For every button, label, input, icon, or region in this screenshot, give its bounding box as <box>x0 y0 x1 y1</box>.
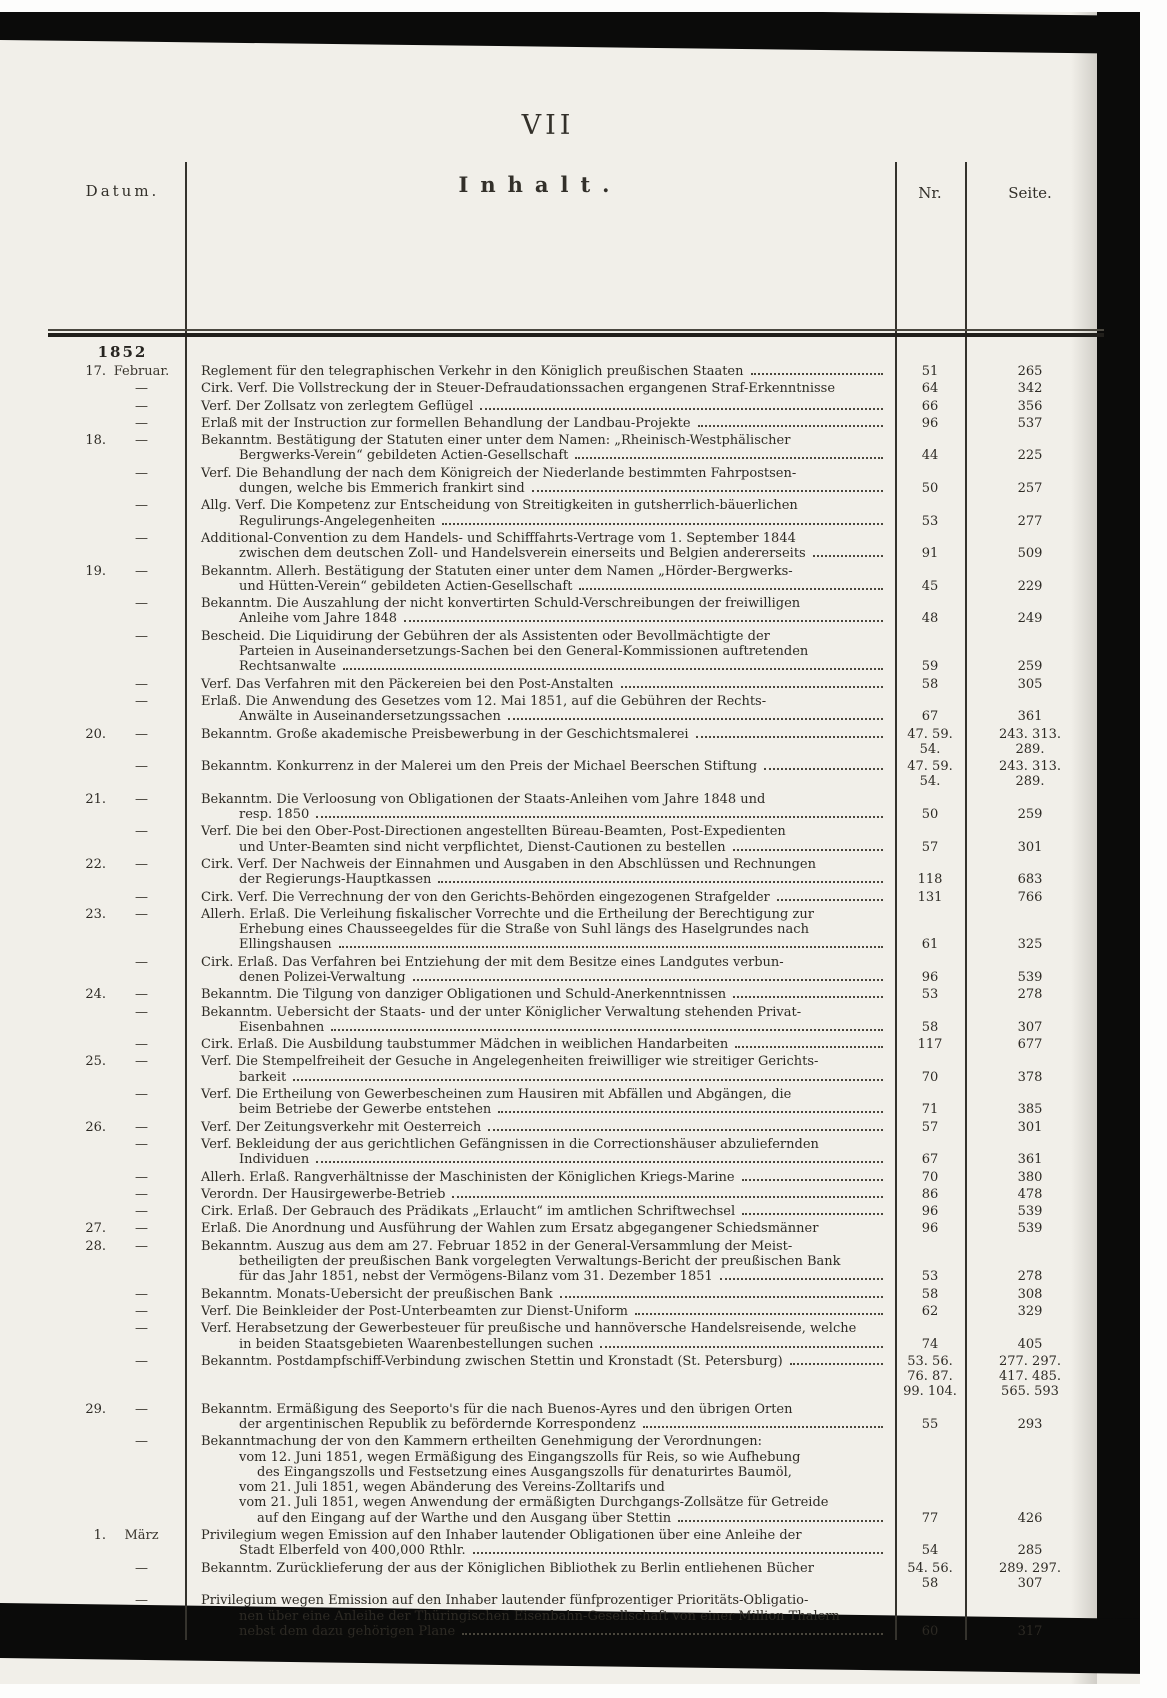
toc-entry-line: Privilegium wegen Emission auf den Inhab… <box>201 1593 885 1608</box>
toc-row: —Bekanntm. Monats-Uebersicht der preußis… <box>60 1287 1095 1302</box>
toc-seite-cell: 277. 297.417. 485.565. 593 <box>965 1354 1095 1400</box>
toc-row: —Additional-Convention zu dem Handels- u… <box>60 531 1095 562</box>
dotted-leader <box>413 979 883 981</box>
toc-entry-line: Individuen <box>201 1152 885 1167</box>
dotted-leader <box>488 1129 883 1131</box>
dotted-leader <box>621 686 883 688</box>
toc-nr-value: 86 <box>922 1187 939 1202</box>
toc-nr-cell: 57 <box>895 1120 965 1135</box>
toc-entry-line: Bekanntm. Postdampfschiff-Verbindung zwi… <box>201 1354 885 1369</box>
toc-nr-value: 50 <box>922 807 939 822</box>
toc-entry-line-text: der argentinischen Republik zu befördern… <box>239 1417 636 1432</box>
toc-nr-cell: 70 <box>895 1054 965 1085</box>
dotted-leader <box>532 490 883 492</box>
toc-date-cell: — <box>60 1304 185 1319</box>
toc-date-ditto: — <box>112 416 185 431</box>
toc-seite-cell: 229 <box>965 564 1095 595</box>
toc-seite-value: 259 <box>1018 659 1043 674</box>
toc-entry-line-text: Bekanntm. Allerh. Bestätigung der Statut… <box>201 564 793 579</box>
toc-entry-line-text: vom 21. Juli 1851, wegen Abänderung des … <box>239 1480 665 1495</box>
toc-date-day: 22. <box>60 857 112 872</box>
toc-nr-value: 54 <box>922 1543 939 1558</box>
toc-seite-value: 243. 313. <box>999 727 1061 742</box>
toc-entry-line: Erlaß. Die Anordnung und Ausführung der … <box>201 1221 885 1236</box>
toc-date-ditto: — <box>112 890 185 905</box>
toc-entry-text: Reglement für den telegraphischen Verkeh… <box>185 364 895 379</box>
toc-entry-line-text: Verf. Bekleidung der aus gerichtlichen G… <box>201 1137 819 1152</box>
dotted-leader <box>733 996 883 998</box>
toc-entry-line-text: Anleihe vom Jahre 1848 <box>239 611 397 626</box>
toc-entry-line: resp. 1850 <box>201 807 885 822</box>
toc-date-ditto: — <box>112 596 185 611</box>
toc-seite-cell: 308 <box>965 1287 1095 1302</box>
toc-entry-line: dungen, welche bis Emmerich frankirt sin… <box>201 481 885 496</box>
toc-seite-value: 565. 593 <box>1001 1384 1059 1399</box>
toc-date-cell: — <box>60 531 185 562</box>
toc-entry-line: Bekanntm. Große akademische Preisbewerbu… <box>201 727 885 742</box>
toc-date-day: 28. <box>60 1239 112 1254</box>
toc-nr-cell: 64 <box>895 381 965 396</box>
toc-entry-line-text: Bekanntm. Große akademische Preisbewerbu… <box>201 727 689 742</box>
toc-date-ditto: — <box>112 1221 185 1236</box>
toc-nr-value: 70 <box>922 1170 939 1185</box>
toc-nr-value: 48 <box>922 611 939 626</box>
toc-date-ditto: — <box>112 907 185 922</box>
toc-nr-cell: 55 <box>895 1402 965 1433</box>
toc-date-ditto: — <box>112 1120 185 1135</box>
toc-nr-value: 54. <box>920 742 941 757</box>
toc-date-ditto: — <box>112 1434 185 1449</box>
toc-date-cell: — <box>60 1287 185 1302</box>
toc-entry-line-text: Anwälte in Auseinandersetzungssachen <box>239 709 501 724</box>
dotted-leader <box>498 1111 883 1113</box>
toc-entry-text: Verordn. Der Hausirgewerbe-Betrieb <box>185 1187 895 1202</box>
toc-entry-line: Verf. Die bei den Ober-Post-Directionen … <box>201 824 885 839</box>
toc-date-day: 29. <box>60 1402 112 1417</box>
toc-nr-value: 77 <box>922 1511 939 1526</box>
toc-entry-line: Regulirungs-Angelegenheiten <box>201 514 885 529</box>
toc-nr-value: 57 <box>922 840 939 855</box>
toc-entry-line-text: vom 21. Juli 1851, wegen Anwendung der e… <box>239 1495 828 1510</box>
dotted-leader <box>696 736 883 738</box>
toc-entry-line-text: Bekanntm. Postdampfschiff-Verbindung zwi… <box>201 1354 783 1369</box>
toc-seite-cell: 285 <box>965 1528 1095 1559</box>
toc-entry-text: Bekanntm. Monats-Uebersicht der preußisc… <box>185 1287 895 1302</box>
toc-entry-line-text: barkeit <box>239 1070 286 1085</box>
toc-entry-line: Bekanntm. Die Auszahlung der nicht konve… <box>201 596 885 611</box>
toc-nr-value: 57 <box>922 1120 939 1135</box>
dotted-leader <box>452 1196 883 1198</box>
toc-date-ditto: — <box>112 433 185 448</box>
toc-row: —Erlaß. Die Anwendung des Gesetzes vom 1… <box>60 694 1095 725</box>
toc-entry-line: Verf. Das Verfahren mit den Päckereien b… <box>201 677 885 692</box>
toc-date-day: 21. <box>60 792 112 807</box>
toc-seite-cell: 301 <box>965 1120 1095 1135</box>
toc-entry-line: Cirk. Verf. Der Nachweis der Einnahmen u… <box>201 857 885 872</box>
toc-date-ditto: — <box>112 1593 185 1608</box>
toc-entry-line: Verf. Die Stempelfreiheit der Gesuche in… <box>201 1054 885 1069</box>
toc-nr-cell: 47. 59.54. <box>895 759 965 790</box>
toc-seite-cell: 509 <box>965 531 1095 562</box>
toc-nr-cell: 96 <box>895 1221 965 1236</box>
toc-nr-cell: 58 <box>895 1287 965 1302</box>
toc-seite-cell: 278 <box>965 987 1095 1002</box>
toc-entry-line-text: Privilegium wegen Emission auf den Inhab… <box>201 1528 802 1543</box>
toc-entry-line: Rechtsanwalte <box>201 659 885 674</box>
dotted-leader <box>643 1426 883 1428</box>
toc-nr-value: 58 <box>922 1287 939 1302</box>
toc-entry-line-text: nen über eine Anleihe der Thüringischen … <box>239 1609 840 1624</box>
toc-entry-line-text: Cirk. Verf. Der Nachweis der Einnahmen u… <box>201 857 816 872</box>
toc-row: 26.—Verf. Der Zeitungsverkehr mit Oester… <box>60 1120 1095 1135</box>
toc-seite-value: 277 <box>1018 514 1043 529</box>
toc-date-ditto: — <box>112 629 185 644</box>
toc-entry-line-text: Reglement für den telegraphischen Verkeh… <box>201 364 744 379</box>
toc-nr-cell: 71 <box>895 1087 965 1118</box>
dotted-leader <box>316 816 883 818</box>
toc-seite-cell: 278 <box>965 1239 1095 1285</box>
toc-entry-line: der Regierungs-Hauptkassen <box>201 872 885 887</box>
toc-date-cell: 17.Februar. <box>60 364 185 379</box>
toc-entry-line: beim Betriebe der Gewerbe entstehen <box>201 1102 885 1117</box>
toc-nr-value: 47. 59. <box>907 759 952 774</box>
toc-entry-text: Additional-Convention zu dem Handels- un… <box>185 531 895 562</box>
toc-date-day: 24. <box>60 987 112 1002</box>
toc-date-ditto: — <box>112 399 185 414</box>
toc-row: —Bekanntm. Die Auszahlung der nicht konv… <box>60 596 1095 627</box>
toc-entry-line-text: in beiden Staatsgebieten Waarenbestellun… <box>239 1337 593 1352</box>
toc-seite-value: 289. <box>1016 774 1045 789</box>
toc-entry-line-text: Verordn. Der Hausirgewerbe-Betrieb <box>201 1187 445 1202</box>
toc-entry-line-text: Erlaß. Die Anwendung des Gesetzes vom 12… <box>201 694 766 709</box>
dotted-leader <box>404 620 883 622</box>
toc-seite-value: 356 <box>1018 399 1043 414</box>
toc-entry-text: Erlaß. Die Anwendung des Gesetzes vom 12… <box>185 694 895 725</box>
column-header-datum: Datum. <box>60 182 185 200</box>
toc-seite-cell: 539 <box>965 1204 1095 1219</box>
toc-seite-value: 683 <box>1018 872 1043 887</box>
toc-entry-line-text: und Unter-Beamten sind nicht verpflichte… <box>239 840 726 855</box>
toc-entry-line-text: Cirk. Verf. Die Verrechnung der von den … <box>201 890 770 905</box>
toc-nr-value: 96 <box>922 970 939 985</box>
toc-date-cell: — <box>60 381 185 396</box>
toc-date-cell: — <box>60 955 185 986</box>
toc-entry-line: Ellingshausen <box>201 937 885 952</box>
toc-entry-line-text: Allg. Verf. Die Kompetenz zur Entscheidu… <box>201 498 798 513</box>
toc-entry-line-text: Verf. Die Ertheilung von Gewerbescheinen… <box>201 1087 791 1102</box>
toc-nr-value: 64 <box>922 381 939 396</box>
toc-nr-value: 58 <box>922 677 939 692</box>
header-rule-thick <box>48 333 1104 337</box>
toc-entry-line-text: der Regierungs-Hauptkassen <box>239 872 431 887</box>
toc-nr-cell: 57 <box>895 824 965 855</box>
toc-seite-cell: 356 <box>965 399 1095 414</box>
toc-entry-line: Anwälte in Auseinandersetzungssachen <box>201 709 885 724</box>
toc-entry-line: Bekanntm. Die Tilgung von danziger Oblig… <box>201 987 885 1002</box>
toc-entry-text: Verf. Die bei den Ober-Post-Directionen … <box>185 824 895 855</box>
dotted-leader <box>343 668 883 670</box>
toc-entry-line: Verf. Die Behandlung der nach dem Königr… <box>201 466 885 481</box>
toc-date-ditto: — <box>112 1204 185 1219</box>
toc-nr-value: 58 <box>922 1576 939 1591</box>
toc-date-day: 19. <box>60 564 112 579</box>
toc-row: —Bekanntm. Postdampfschiff-Verbindung zw… <box>60 1354 1095 1400</box>
toc-entry-text: Bekanntm. Postdampfschiff-Verbindung zwi… <box>185 1354 895 1400</box>
dotted-leader <box>813 555 883 557</box>
toc-seite-value: 225 <box>1018 448 1043 463</box>
toc-row: —Cirk. Erlaß. Das Verfahren bei Entziehu… <box>60 955 1095 986</box>
toc-row: —Verf. Die Beinkleider der Post-Unterbea… <box>60 1304 1095 1319</box>
toc-entry-line: Verordn. Der Hausirgewerbe-Betrieb <box>201 1187 885 1202</box>
toc-nr-value: 60 <box>922 1624 939 1639</box>
dotted-leader <box>331 1029 883 1031</box>
toc-entry-line: Bekanntm. Ermäßigung des Seeporto's für … <box>201 1402 885 1417</box>
toc-date-ditto: — <box>112 1239 185 1254</box>
toc-entry-line: Privilegium wegen Emission auf den Inhab… <box>201 1528 885 1543</box>
toc-entry-text: Bekanntm. Auszug aus dem am 27. Februar … <box>185 1239 895 1285</box>
toc-date-month: Februar. <box>112 364 185 379</box>
toc-date-ditto: — <box>112 1287 185 1302</box>
toc-entry-line-text: nebst dem dazu gehörigen Plane <box>239 1624 455 1639</box>
dotted-leader <box>579 588 883 590</box>
toc-entry-line-text: Bekanntm. Zurücklieferung der aus der Kö… <box>201 1561 814 1576</box>
toc-entry-text: Verf. Das Verfahren mit den Päckereien b… <box>185 677 895 692</box>
dotted-leader <box>508 718 883 720</box>
toc-nr-value: 91 <box>922 546 939 561</box>
toc-entry-line: Allerh. Erlaß. Rangverhältnisse der Masc… <box>201 1170 885 1185</box>
toc-entry-line-text: Verf. Herabsetzung der Gewerbesteuer für… <box>201 1321 856 1336</box>
toc-entry-line-text: Rechtsanwalte <box>239 659 336 674</box>
toc-nr-value: 51 <box>922 364 939 379</box>
toc-nr-value: 53 <box>922 514 939 529</box>
toc-seite-cell: 361 <box>965 1137 1095 1168</box>
toc-seite-cell: 307 <box>965 1005 1095 1036</box>
toc-entry-line: denen Polizei-Verwaltung <box>201 970 885 985</box>
toc-date-ditto: — <box>112 987 185 1002</box>
toc-entry-text: Bekanntm. Die Verloosung von Obligatione… <box>185 792 895 823</box>
toc-date-cell: 29.— <box>60 1402 185 1433</box>
toc-entry-line-text: Bekanntmachung der von den Kammern erthe… <box>201 1434 762 1449</box>
dotted-leader <box>442 523 883 525</box>
toc-seite-value: 766 <box>1018 890 1043 905</box>
toc-entry-line: Cirk. Erlaß. Die Ausbildung taubstummer … <box>201 1037 885 1052</box>
toc-nr-cell: 53 <box>895 498 965 529</box>
dotted-leader <box>462 1633 883 1635</box>
toc-entry-line: Eisenbahnen <box>201 1020 885 1035</box>
toc-seite-cell: 265 <box>965 364 1095 379</box>
toc-date-ditto: — <box>112 1321 185 1336</box>
toc-entry-text: Cirk. Erlaß. Der Gebrauch des Prädikats … <box>185 1204 895 1219</box>
toc-entry-line: Bekanntmachung der von den Kammern erthe… <box>201 1434 885 1449</box>
toc-seite-cell: 539 <box>965 955 1095 986</box>
toc-entry-text: Cirk. Verf. Der Nachweis der Einnahmen u… <box>185 857 895 888</box>
toc-entry-line: barkeit <box>201 1070 885 1085</box>
dotted-leader <box>339 946 883 948</box>
toc-entry-line: Verf. Der Zollsatz von zerlegtem Geflüge… <box>201 399 885 414</box>
toc-date-cell: 22.— <box>60 857 185 888</box>
toc-entry-text: Bescheid. Die Liquidirung der Gebühren d… <box>185 629 895 675</box>
toc-rows: 185217.Februar.Reglement für den telegra… <box>60 343 1095 1641</box>
toc-entry-line-text: Parteien in Auseinandersetzungs-Sachen b… <box>239 644 808 659</box>
toc-row: 25.—Verf. Die Stempelfreiheit der Gesuch… <box>60 1054 1095 1085</box>
toc-date-cell: — <box>60 629 185 675</box>
toc-entry-line: vom 12. Juni 1851, wegen Ermäßigung des … <box>201 1450 885 1465</box>
toc-entry-line: Verf. Die Beinkleider der Post-Unterbeam… <box>201 1304 885 1319</box>
dotted-leader <box>742 1213 883 1215</box>
toc-date-cell: 1.März <box>60 1528 185 1559</box>
toc-date-day: 27. <box>60 1221 112 1236</box>
toc-nr-cell: 96 <box>895 416 965 431</box>
toc-nr-cell: 54 <box>895 1528 965 1559</box>
toc-nr-cell: 45 <box>895 564 965 595</box>
toc-row: 17.Februar.Reglement für den telegraphis… <box>60 364 1095 379</box>
toc-nr-value: 99. 104. <box>903 1384 957 1399</box>
toc-seite-cell: 243. 313.289. <box>965 759 1095 790</box>
toc-date-ditto: — <box>112 1354 185 1369</box>
toc-date-day: 25. <box>60 1054 112 1069</box>
toc-entry-text: Bekanntm. Zurücklieferung der aus der Kö… <box>185 1561 895 1592</box>
toc-entry-line-text: Verf. Die Beinkleider der Post-Unterbeam… <box>201 1304 628 1319</box>
dotted-leader <box>438 881 883 883</box>
toc-entry-text: Bekanntm. Ermäßigung des Seeporto's für … <box>185 1402 895 1433</box>
toc-nr-value: 70 <box>922 1070 939 1085</box>
toc-date-ditto: — <box>112 564 185 579</box>
toc-row: —Privilegium wegen Emission auf den Inha… <box>60 1593 1095 1639</box>
toc-nr-cell: 74 <box>895 1321 965 1352</box>
toc-row: 24.—Bekanntm. Die Tilgung von danziger O… <box>60 987 1095 1002</box>
toc-entry-line: Bekanntm. Bestätigung der Statuten einer… <box>201 433 885 448</box>
toc-entry-line: Parteien in Auseinandersetzungs-Sachen b… <box>201 644 885 659</box>
toc-entry-line: und Hütten-Verein“ gebildeten Actien-Ges… <box>201 579 885 594</box>
toc-date-cell: 24.— <box>60 987 185 1002</box>
toc-entry-text: Bekanntm. Konkurrenz in der Malerei um d… <box>185 759 895 790</box>
toc-entry-line: Anleihe vom Jahre 1848 <box>201 611 885 626</box>
toc-seite-value: 361 <box>1018 709 1043 724</box>
toc-entry-line-text: Cirk. Verf. Die Vollstreckung der in Ste… <box>201 381 835 396</box>
toc-nr-cell: 61 <box>895 907 965 953</box>
toc-entry-line-text: Regulirungs-Angelegenheiten <box>239 514 435 529</box>
toc-entry-line-text: Bekanntm. Auszug aus dem am 27. Februar … <box>201 1239 792 1254</box>
toc-seite-cell: 329 <box>965 1304 1095 1319</box>
toc-entry-line-text: Stadt Elberfeld von 400,000 Rthlr. <box>239 1543 466 1558</box>
toc-entry-line: Additional-Convention zu dem Handels- un… <box>201 531 885 546</box>
toc-entry-line: Erlaß mit der Instruction zur formellen … <box>201 416 885 431</box>
toc-nr-cell: 60 <box>895 1593 965 1639</box>
toc-date-ditto: — <box>112 381 185 396</box>
toc-nr-value: 76. 87. <box>907 1369 952 1384</box>
toc-nr-value: 50 <box>922 481 939 496</box>
toc-entry-line-text: Bekanntm. Bestätigung der Statuten einer… <box>201 433 790 448</box>
toc-entry-text: Cirk. Verf. Die Vollstreckung der in Ste… <box>185 381 895 396</box>
toc-entry-line-text: Allerh. Erlaß. Rangverhältnisse der Masc… <box>201 1170 735 1185</box>
toc-entry-line: vom 21. Juli 1851, wegen Abänderung des … <box>201 1480 885 1495</box>
toc-entry-line-text: Bekanntm. Konkurrenz in der Malerei um d… <box>201 759 757 774</box>
toc-entry-line-text: des Eingangszolls und Festsetzung eines … <box>257 1465 792 1480</box>
toc-seite-value: 301 <box>1018 1120 1043 1135</box>
toc-nr-value: 55 <box>922 1417 939 1432</box>
toc-date-cell: 27.— <box>60 1221 185 1236</box>
toc-nr-value: 53. 56. <box>907 1354 952 1369</box>
toc-entry-line: vom 21. Juli 1851, wegen Anwendung der e… <box>201 1495 885 1510</box>
toc-seite-value: 342 <box>1018 381 1043 396</box>
dotted-leader <box>473 1552 883 1554</box>
toc-entry-text: Bekanntm. Allerh. Bestätigung der Statut… <box>185 564 895 595</box>
toc-nr-value: 96 <box>922 416 939 431</box>
toc-entry-text: Privilegium wegen Emission auf den Inhab… <box>185 1528 895 1559</box>
toc-entry-text: Cirk. Erlaß. Die Ausbildung taubstummer … <box>185 1037 895 1052</box>
year-heading: 1852 <box>60 343 185 361</box>
toc-row: 1.MärzPrivilegium wegen Emission auf den… <box>60 1528 1095 1559</box>
toc-seite-cell: 325 <box>965 907 1095 953</box>
dotted-leader <box>480 408 883 410</box>
toc-entry-line: Allerh. Erlaß. Die Verleihung fiskalisch… <box>201 907 885 922</box>
toc-date-cell: 26.— <box>60 1120 185 1135</box>
toc-seite-value: 509 <box>1018 546 1043 561</box>
toc-date-cell: 18.— <box>60 433 185 464</box>
toc-entry-text: Verf. Die Behandlung der nach dem Königr… <box>185 466 895 497</box>
toc-entry-line: Cirk. Erlaß. Der Gebrauch des Prädikats … <box>201 1204 885 1219</box>
toc-entry-line: Verf. Der Zeitungsverkehr mit Oesterreic… <box>201 1120 885 1135</box>
toc-entry-text: Bekanntm. Große akademische Preisbewerbu… <box>185 727 895 758</box>
toc-row: —Bekanntm. Zurücklieferung der aus der K… <box>60 1561 1095 1592</box>
toc-nr-cell: 58 <box>895 1005 965 1036</box>
toc-seite-value: 277. 297. <box>999 1354 1061 1369</box>
toc-entry-line: auf den Eingang auf der Warthe und den A… <box>201 1511 885 1526</box>
toc-entry-text: Bekanntm. Bestätigung der Statuten einer… <box>185 433 895 464</box>
toc-row: 29.—Bekanntm. Ermäßigung des Seeporto's … <box>60 1402 1095 1433</box>
toc-date-ditto: — <box>112 466 185 481</box>
toc-nr-cell: 66 <box>895 399 965 414</box>
toc-date-day: 18. <box>60 433 112 448</box>
toc-entry-text: Allerh. Erlaß. Die Verleihung fiskalisch… <box>185 907 895 953</box>
toc-entry-line: betheiligten der preußischen Bank vorgel… <box>201 1254 885 1269</box>
toc-row: —Bescheid. Die Liquidirung der Gebühren … <box>60 629 1095 675</box>
toc-date-cell: — <box>60 1037 185 1052</box>
toc-row: 20.—Bekanntm. Große akademische Preisbew… <box>60 727 1095 758</box>
toc-date-ditto: — <box>112 1402 185 1417</box>
toc-row: 27.—Erlaß. Die Anordnung und Ausführung … <box>60 1221 1095 1236</box>
toc-seite-value: 257 <box>1018 481 1043 496</box>
toc-row: —Cirk. Erlaß. Die Ausbildung taubstummer… <box>60 1037 1095 1052</box>
toc-seite-cell: 683 <box>965 857 1095 888</box>
toc-nr-cell: 117 <box>895 1037 965 1052</box>
toc-date-cell: — <box>60 1137 185 1168</box>
toc-nr-cell: 77 <box>895 1434 965 1526</box>
toc-entry-line-text: Cirk. Erlaß. Der Gebrauch des Prädikats … <box>201 1204 735 1219</box>
toc-seite-cell: 259 <box>965 629 1095 675</box>
toc-entry-line-text: Cirk. Erlaß. Das Verfahren bei Entziehun… <box>201 955 784 970</box>
toc-seite-cell: 766 <box>965 890 1095 905</box>
toc-seite-value: 265 <box>1018 364 1043 379</box>
column-header-inhalt: Inhalt. <box>185 172 895 197</box>
toc-nr-cell: 118 <box>895 857 965 888</box>
toc-entry-text: Verf. Die Ertheilung von Gewerbescheinen… <box>185 1087 895 1118</box>
toc-nr-cell: 67 <box>895 1137 965 1168</box>
toc-nr-value: 131 <box>918 890 943 905</box>
toc-seite-value: 361 <box>1018 1152 1043 1167</box>
toc-date-cell: — <box>60 466 185 497</box>
toc-nr-value: 47. 59. <box>907 727 952 742</box>
toc-seite-cell: 537 <box>965 416 1095 431</box>
toc-date-month: März <box>112 1528 185 1543</box>
toc-entry-line: Reglement für den telegraphischen Verkeh… <box>201 364 885 379</box>
dotted-leader <box>316 1161 883 1163</box>
toc-entry-line: Bekanntm. Uebersicht der Staats- und der… <box>201 1005 885 1020</box>
toc-seite-value: 539 <box>1018 1204 1043 1219</box>
toc-row: 22.—Cirk. Verf. Der Nachweis der Einnahm… <box>60 857 1095 888</box>
toc-nr-value: 44 <box>922 448 939 463</box>
toc-date-cell: — <box>60 694 185 725</box>
